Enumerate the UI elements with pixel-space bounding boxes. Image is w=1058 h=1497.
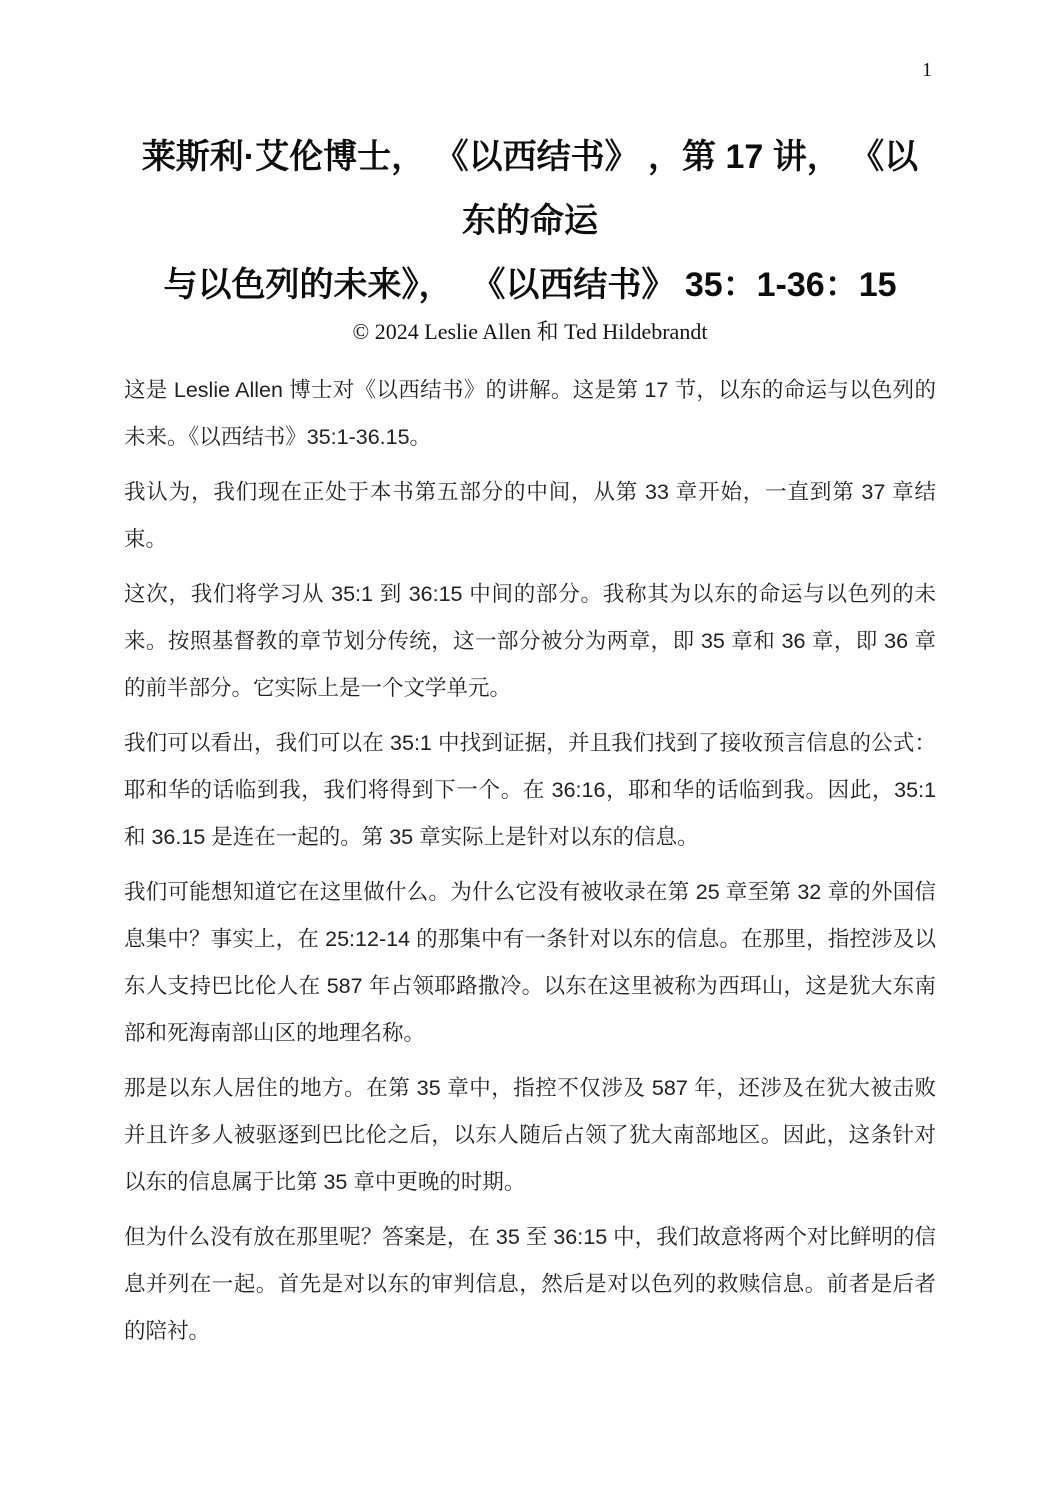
paragraph-4: 我们可以看出，我们可以在 35:1 中找到证据，并且我们找到了接收预言信息的公式… <box>124 720 936 861</box>
document-title: 莱斯利·艾伦博士， 《以西结书》 ，第 17 讲， 《以 东的命运 与以色列的未… <box>124 125 936 317</box>
paragraph-3: 这次，我们将学习从 35:1 到 36:15 中间的部分。我称其为以东的命运与以… <box>124 571 936 712</box>
title-line-3: 与以色列的未来》， 《以西结书》 35：1-36：15 <box>124 253 936 317</box>
paragraph-2: 我认为，我们现在正处于本书第五部分的中间，从第 33 章开始，一直到第 37 章… <box>124 469 936 563</box>
title-line-2: 东的命运 <box>124 189 936 253</box>
paragraph-6: 那是以东人居住的地方。在第 35 章中，指控不仅涉及 587 年，还涉及在犹大被… <box>124 1065 936 1206</box>
paragraph-1: 这是 Leslie Allen 博士对《以西结书》的讲解。这是第 17 节，以东… <box>124 367 936 461</box>
title-line-1: 莱斯利·艾伦博士， 《以西结书》 ，第 17 讲， 《以 <box>124 125 936 189</box>
document-content: 莱斯利·艾伦博士， 《以西结书》 ，第 17 讲， 《以 东的命运 与以色列的未… <box>124 0 936 1363</box>
paragraph-7: 但为什么没有放在那里呢？答案是，在 35 至 36:15 中，我们故意将两个对比… <box>124 1214 936 1355</box>
paragraph-5: 我们可能想知道它在这里做什么。为什么它没有被收录在第 25 章至第 32 章的外… <box>124 869 936 1057</box>
copyright-line: © 2024 Leslie Allen 和 Ted Hildebrandt <box>124 317 936 347</box>
body-text: 这是 Leslie Allen 博士对《以西结书》的讲解。这是第 17 节，以东… <box>124 367 936 1355</box>
document-page: { "page": { "number": "1" }, "header": {… <box>0 0 1058 1497</box>
